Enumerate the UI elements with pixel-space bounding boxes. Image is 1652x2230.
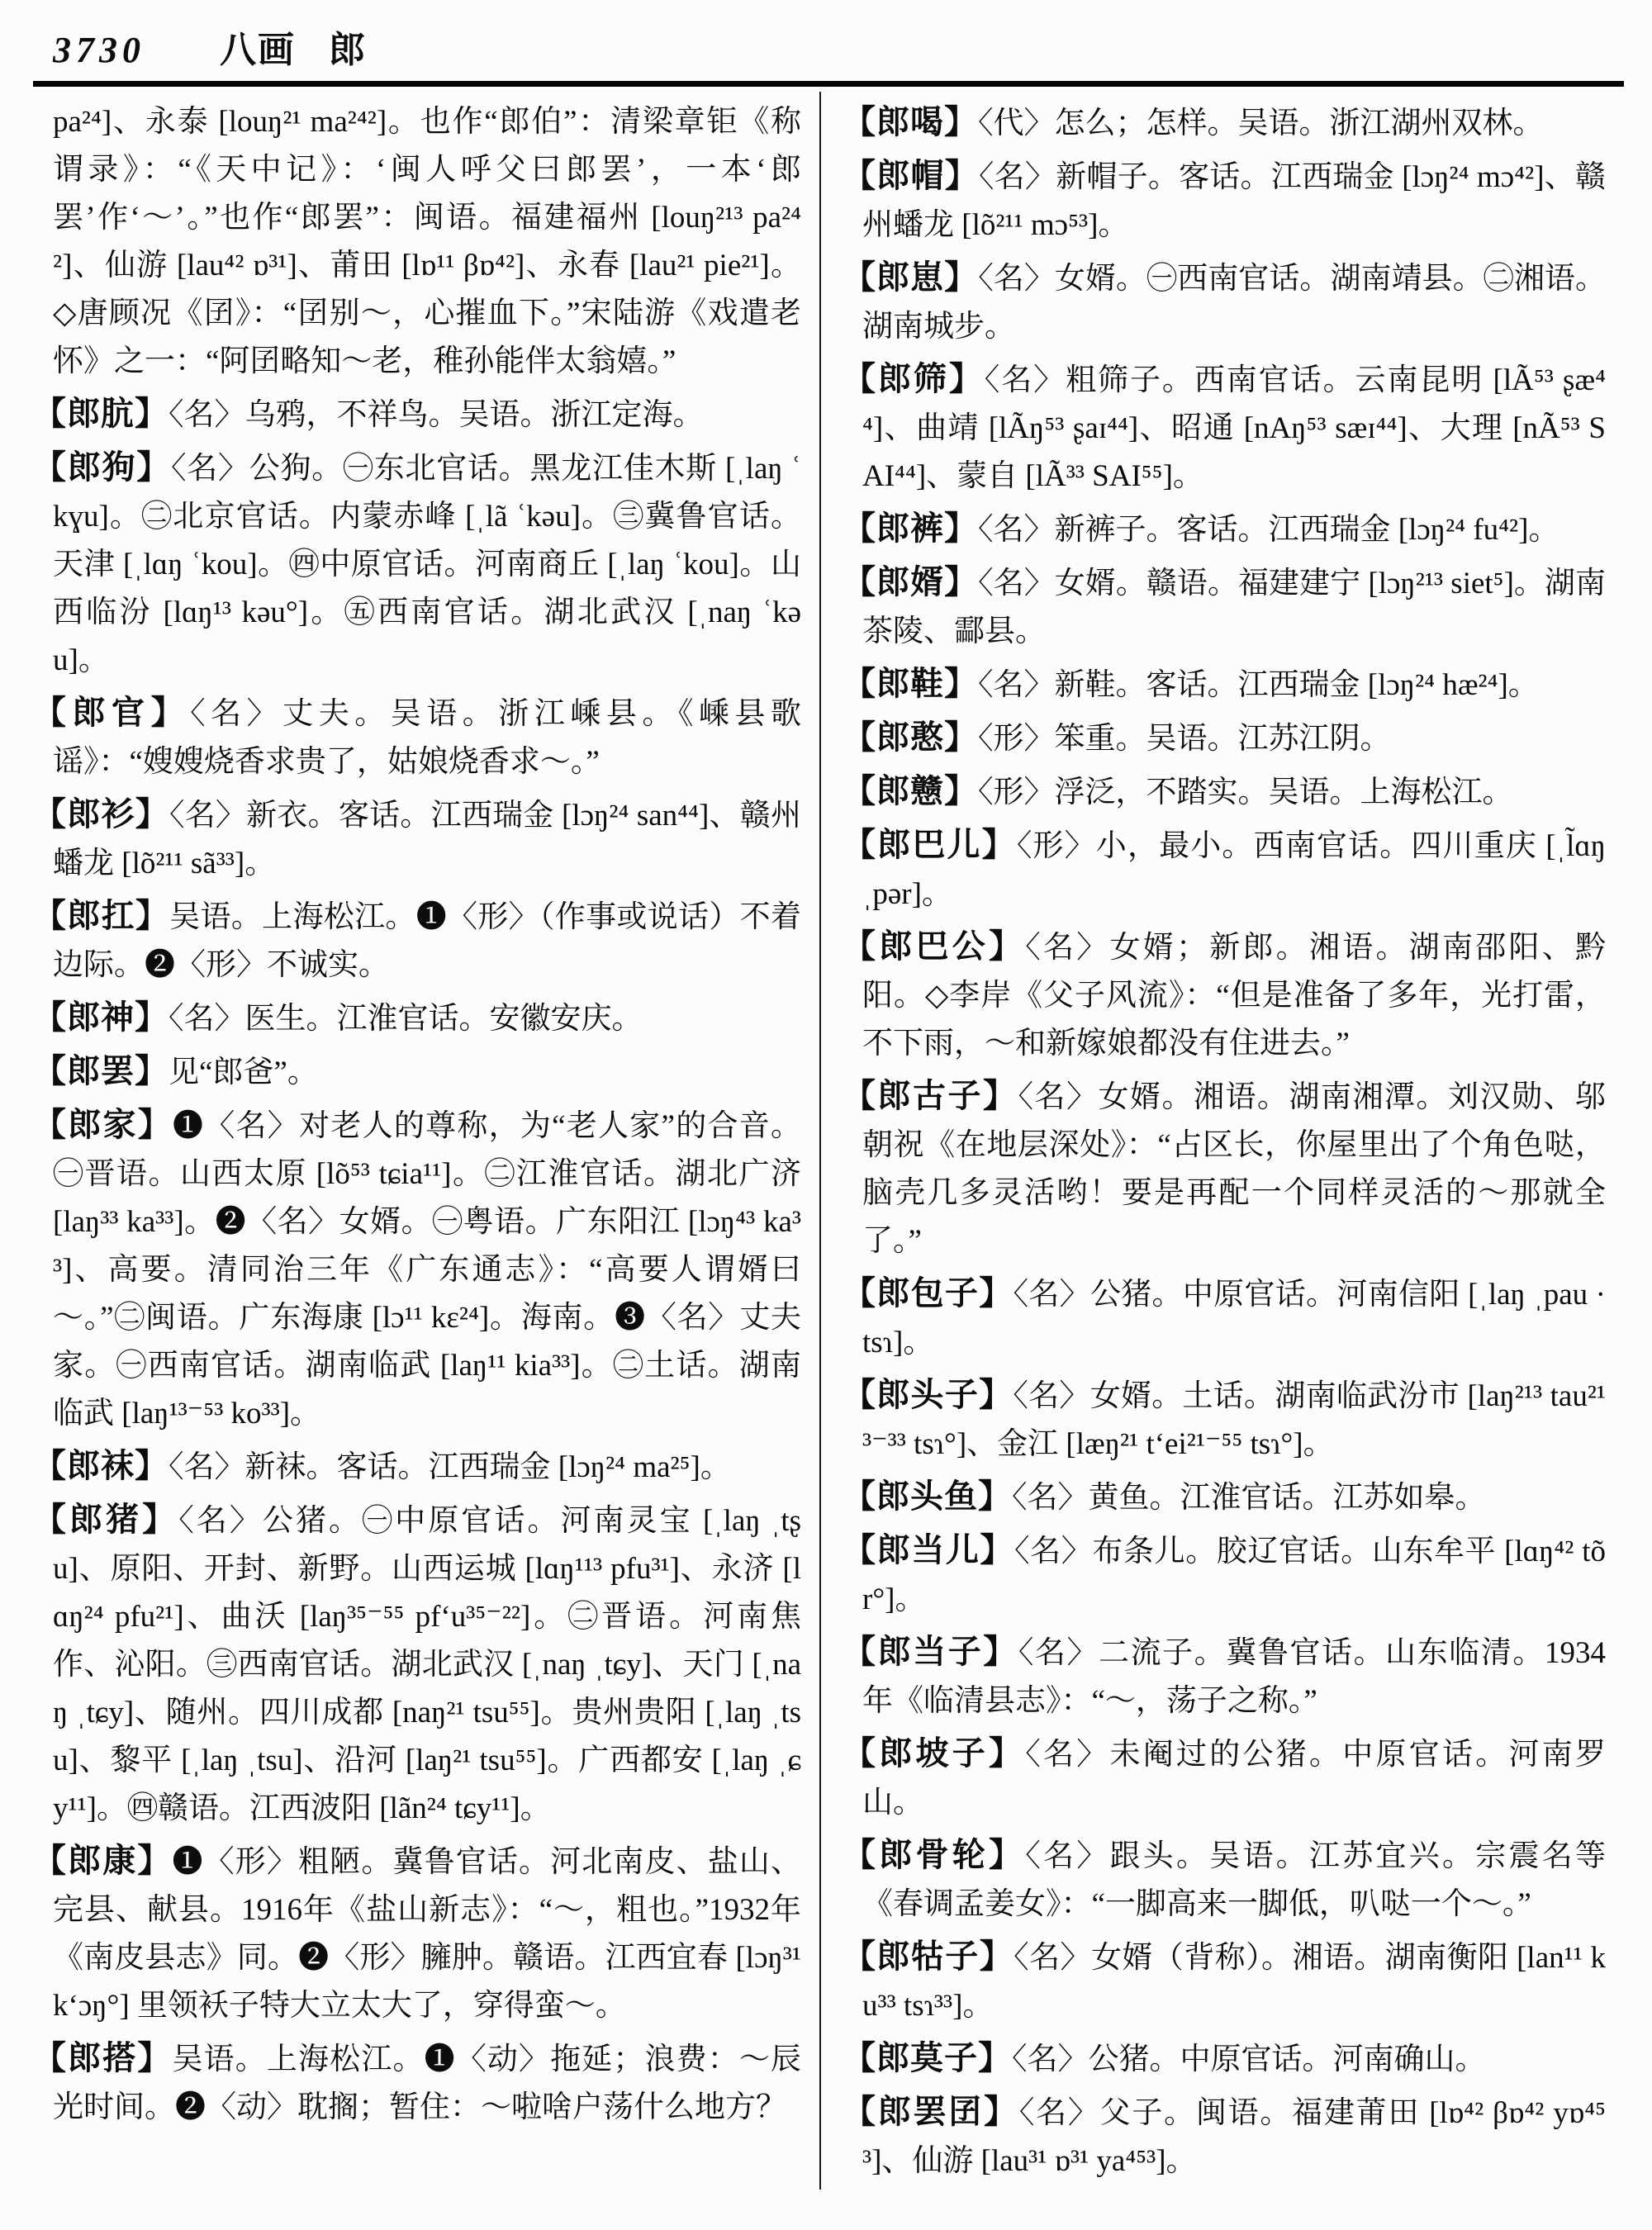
entry-body: 〈名〉乌鸦，不祥鸟。吴语。浙江定海。 [169, 398, 704, 432]
dictionary-entry: 【郎鞋】〈名〉新鞋。客话。江西瑞金 [lɔŋ²⁴ hæ²⁴]。 [843, 660, 1606, 709]
dictionary-entry: 【郎当子】〈名〉二流子。冀鲁官话。山东临清。1934年《临清县志》：“～，荡子之… [843, 1628, 1606, 1725]
entry-body: 见“郎爸”。 [169, 1056, 318, 1089]
entry-headword: 【郎猪】 [33, 1501, 178, 1538]
dictionary-entry: 【郎搭】吴语。上海松江。❶〈动〉拖延；浪费：～辰光时间。❷〈动〉耽搁；暂住：～啦… [33, 2034, 801, 2132]
entry-headword: 【郎康】 [33, 1842, 173, 1879]
entry-headword: 【郎官】 [33, 694, 190, 731]
entry-body: 〈名〉新裤子。客话。江西瑞金 [lɔŋ²⁴ fu⁴²]。 [978, 513, 1559, 547]
radical-character: 郎 [329, 20, 367, 73]
entry-headword: 【郎婿】 [843, 563, 978, 600]
dictionary-entry: 【郎帽】〈名〉新帽子。客话。江西瑞金 [lɔŋ²⁴ mɔ⁴²]、赣州蟠龙 [lõ… [843, 152, 1606, 249]
page-number: 3730 [53, 29, 145, 71]
entry-body: 〈形〉笨重。吴语。江苏江阴。 [978, 722, 1391, 756]
dictionary-entry: 【郎罢】见“郎爸”。 [33, 1047, 801, 1097]
dictionary-entry: 【郎戆】〈形〉浮泛，不踏实。吴语。上海松江。 [843, 767, 1606, 817]
dictionary-page: 3730 八画 郎 pa²⁴]、永泰 [louŋ²¹ ma²⁴²]。也作“郎伯”… [0, 0, 1652, 2230]
dictionary-entry: 【郎扛】吴语。上海松江。❶〈形〉（作事或说话）不着边际。❷〈形〉不诚实。 [33, 892, 801, 989]
dictionary-entry: 【郎莫子】〈名〉公猪。中原官话。河南确山。 [843, 2034, 1606, 2084]
entry-headword: 【郎古子】 [843, 1077, 1018, 1114]
entry-body: 〈名〉新鞋。客话。江西瑞金 [lɔŋ²⁴ hæ²⁴]。 [978, 668, 1539, 702]
dictionary-entry: 【郎衫】〈名〉新衣。客话。江西瑞金 [lɔŋ²⁴ san⁴⁴]、赣州蟠龙 [lõ… [33, 790, 801, 888]
header-rule [33, 81, 1624, 87]
right-column: 【郎喝】〈代〉怎么；怎样。吴语。浙江湖州双林。【郎帽】〈名〉新帽子。客话。江西瑞… [819, 92, 1606, 2190]
entry-headword: 【郎巴公】 [843, 928, 1025, 965]
entry-body: 〈代〉怎么；怎样。吴语。浙江湖州双林。 [978, 107, 1544, 140]
entry-headword: 【郎坡子】 [843, 1734, 1025, 1772]
entry-headword: 【郎崽】 [843, 259, 978, 296]
dictionary-entry: 【郎崽】〈名〉女婿。㊀西南官话。湖南靖县。㊁湘语。湖南城步。 [843, 254, 1606, 351]
entry-headword: 【郎骨轮】 [843, 1836, 1025, 1873]
page-header: 3730 八画 郎 [33, 13, 1624, 81]
entry-headword: 【郎筛】 [843, 360, 985, 397]
entry-body: 〈名〉黄鱼。江淮官话。江苏如皋。 [1012, 1481, 1486, 1515]
entry-headword: 【郎喝】 [843, 103, 978, 140]
entry-body: ❶〈名〉对老人的尊称，为“老人家”的合音。㊀晋语。山西太原 [lõ⁵³ tɕia… [53, 1109, 801, 1431]
entry-headword: 【郎狗】 [33, 448, 171, 486]
entry-headword: 【郎巴儿】 [843, 826, 1017, 863]
entry-body: 〈形〉浮泛，不踏实。吴语。上海松江。 [978, 776, 1513, 809]
entry-headword: 【郎罢囝】 [843, 2093, 1019, 2130]
dictionary-entry: 【郎裤】〈名〉新裤子。客话。江西瑞金 [lɔŋ²⁴ fu⁴²]。 [843, 505, 1606, 554]
dictionary-entry: 【郎筛】〈名〉粗筛子。西南官话。云南昆明 [lÃ⁵³ ʂæ⁴⁴]、曲靖 [lÃŋ… [843, 355, 1606, 501]
entry-headword: 【郎憨】 [843, 719, 978, 756]
entry-headword: 【郎家】 [33, 1106, 173, 1143]
dictionary-entry: 【郎肮】〈名〉乌鸦，不祥鸟。吴语。浙江定海。 [33, 390, 801, 439]
entry-headword: 【郎牯子】 [843, 1938, 1014, 1975]
entry-body: 〈名〉医生。江淮官话。安徽安庆。 [169, 1002, 643, 1036]
dictionary-entry: 【郎包子】〈名〉公猪。中原官话。河南信阳 [ˌlaŋ ˌpau ·tsɿ]。 [843, 1269, 1606, 1367]
dictionary-entry: 【郎狗】〈名〉公狗。㊀东北官话。黑龙江佳木斯 [ˌlaŋ ʿkɣu]。㊁北京官话… [33, 444, 801, 685]
dictionary-entry: 【郎喝】〈代〉怎么；怎样。吴语。浙江湖州双林。 [843, 98, 1606, 148]
entry-body: pa²⁴]、永泰 [louŋ²¹ ma²⁴²]。也作“郎伯”：清梁章钜《称谓录》… [53, 105, 801, 378]
dictionary-entry: 【郎头鱼】〈名〉黄鱼。江淮官话。江苏如皋。 [843, 1473, 1606, 1522]
entry-headword: 【郎头鱼】 [843, 1478, 1012, 1515]
entry-body: 〈名〉公猪。中原官话。河南确山。 [1012, 2043, 1486, 2076]
dictionary-entry: 【郎官】〈名〉丈夫。吴语。浙江嵊县。《嵊县歌谣》：“嫂嫂烧香求贵了，姑娘烧香求～… [33, 689, 801, 786]
left-column: pa²⁴]、永泰 [louŋ²¹ ma²⁴²]。也作“郎伯”：清梁章钜《称谓录》… [33, 92, 819, 2190]
dictionary-entry: 【郎袜】〈名〉新袜。客话。江西瑞金 [lɔŋ²⁴ ma²⁵]。 [33, 1442, 801, 1492]
entry-body: 〈名〉新袜。客话。江西瑞金 [lɔŋ²⁴ ma²⁵]。 [169, 1450, 731, 1484]
dictionary-entry: 【郎婿】〈名〉女婿。赣语。福建建宁 [lɔŋ²¹³ siet⁵]。湖南茶陵、酃县… [843, 558, 1606, 656]
dictionary-entry: 【郎康】❶〈形〉粗陋。冀鲁官话。河北南皮、盐山、完县、献县。1916年《盐山新志… [33, 1837, 801, 2030]
entry-headword: 【郎衫】 [33, 795, 169, 833]
entry-headword: 【郎搭】 [33, 2039, 173, 2076]
continuation-paragraph: pa²⁴]、永泰 [louŋ²¹ ma²⁴²]。也作“郎伯”：清梁章钜《称谓录》… [33, 98, 801, 386]
entry-headword: 【郎当儿】 [843, 1531, 1014, 1568]
entry-headword: 【郎神】 [33, 999, 169, 1036]
dictionary-entry: 【郎当儿】〈名〉布条儿。胶辽官话。山东牟平 [lɑŋ⁴² tõr°]。 [843, 1526, 1606, 1624]
dictionary-entry: 【郎牯子】〈名〉女婿（背称）。湘语。湖南衡阳 [lan¹¹ ku³³ tsɿ³³… [843, 1933, 1606, 2030]
entry-headword: 【郎帽】 [843, 157, 979, 194]
dictionary-entry: 【郎罢囝】〈名〉父子。闽语。福建莆田 [lɒ⁴² βɒ⁴² yɒ⁴⁵³]、仙游 … [843, 2088, 1606, 2185]
entry-headword: 【郎罢】 [33, 1052, 169, 1089]
dictionary-entry: 【郎憨】〈形〉笨重。吴语。江苏江阴。 [843, 714, 1606, 763]
dictionary-entry: 【郎巴儿】〈形〉小，最小。西南官话。四川重庆 [ˌl̃ɑŋ ˌpər]。 [843, 821, 1606, 918]
entry-headword: 【郎头子】 [843, 1376, 1013, 1413]
dictionary-entry: 【郎古子】〈名〉女婿。湘语。湖南湘潭。刘汉勋、邬朝祝《在地层深处》：“占区长，你… [843, 1072, 1606, 1265]
entry-headword: 【郎戆】 [843, 772, 978, 809]
entry-headword: 【郎扛】 [33, 897, 169, 934]
entry-body: 〈名〉公猪。㊀中原官话。河南灵宝 [ˌlaŋ ˌtʂu]、原阳、开封、新野。山西… [53, 1504, 801, 1825]
dictionary-entry: 【郎骨轮】〈名〉跟头。吴语。江苏宜兴。宗震名等《春调孟姜女》：“一脚高来一脚低，… [843, 1831, 1606, 1929]
dictionary-entry: 【郎巴公】〈名〉女婿；新郎。湘语。湖南邵阳、黔阳。◇李岸《父子风流》：“但是准备… [843, 923, 1606, 1068]
two-column-body: pa²⁴]、永泰 [louŋ²¹ ma²⁴²]。也作“郎伯”：清梁章钜《称谓录》… [33, 92, 1624, 2190]
dictionary-entry: 【郎坡子】〈名〉未阉过的公猪。中原官话。河南罗山。 [843, 1729, 1606, 1827]
entry-headword: 【郎莫子】 [843, 2039, 1012, 2076]
entry-headword: 【郎袜】 [33, 1447, 169, 1484]
entry-headword: 【郎包子】 [843, 1274, 1014, 1312]
stroke-section: 八画 [220, 20, 296, 73]
dictionary-entry: 【郎头子】〈名〉女婿。土话。湖南临武汾市 [laŋ²¹³ tau²¹³⁻³³ t… [843, 1371, 1606, 1468]
dictionary-entry: 【郎神】〈名〉医生。江淮官话。安徽安庆。 [33, 994, 801, 1043]
entry-headword: 【郎当子】 [843, 1633, 1018, 1670]
entry-headword: 【郎裤】 [843, 510, 978, 547]
dictionary-entry: 【郎猪】〈名〉公猪。㊀中原官话。河南灵宝 [ˌlaŋ ˌtʂu]、原阳、开封、新… [33, 1496, 801, 1833]
entry-headword: 【郎肮】 [33, 395, 169, 432]
dictionary-entry: 【郎家】❶〈名〉对老人的尊称，为“老人家”的合音。㊀晋语。山西太原 [lõ⁵³ … [33, 1101, 801, 1438]
entry-headword: 【郎鞋】 [843, 665, 978, 702]
